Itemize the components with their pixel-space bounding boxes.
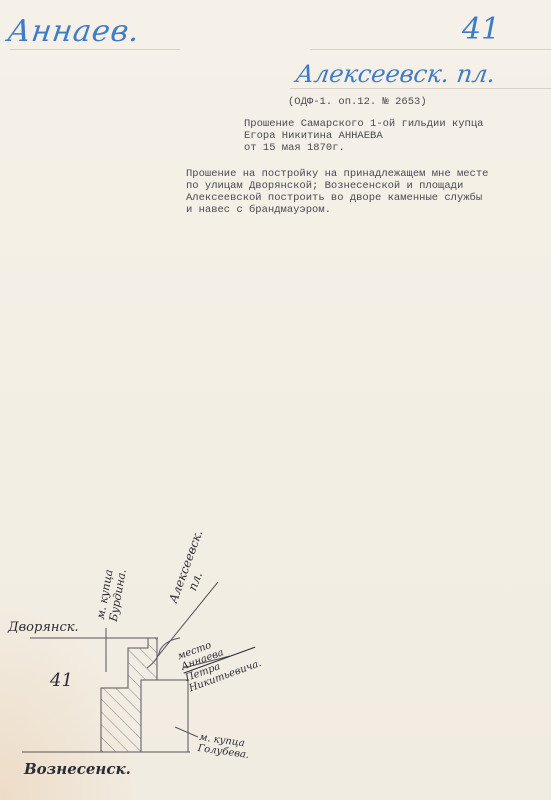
label-street-dvoryanskaya: Дворянск. (8, 620, 79, 635)
label-street-voznesenskaya: Вознесенск. (24, 760, 131, 778)
site-plan-sketch (0, 0, 551, 800)
scanned-page: Аннаев. 41 Алексеевск. пл. (ОДФ-1. оп.12… (0, 0, 551, 800)
label-lot-number: 41 (50, 670, 73, 691)
